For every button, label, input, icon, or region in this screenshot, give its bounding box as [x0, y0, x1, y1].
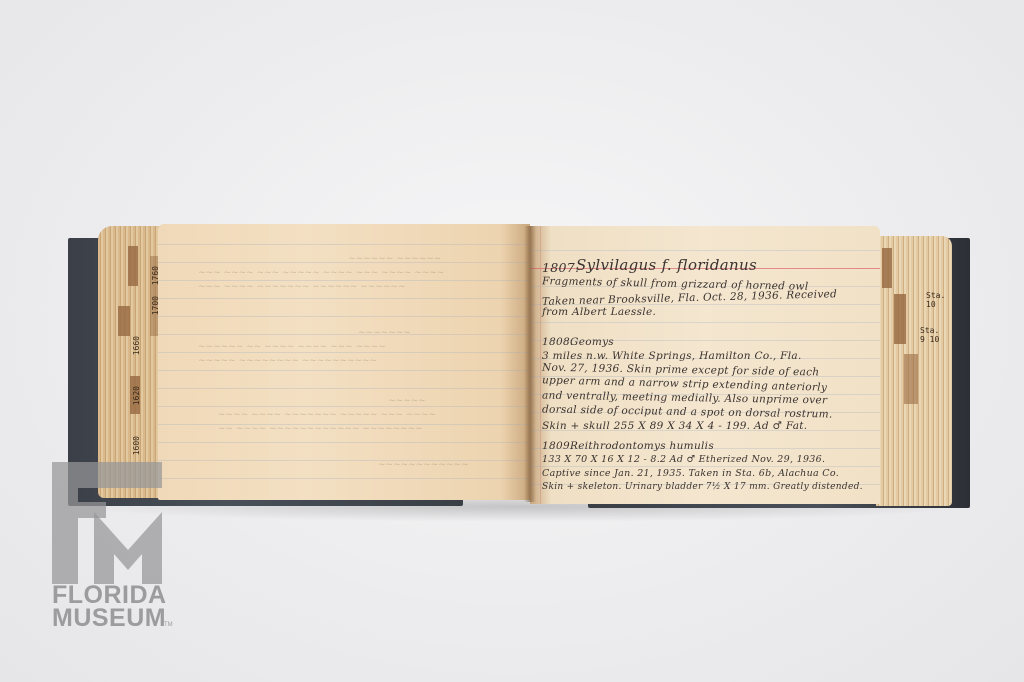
- bleed-through-text: ~~~~~~~~~~~~: [378, 460, 469, 470]
- entry-number: 1808.: [542, 336, 574, 348]
- bleed-through-text: ~~~~~~~: [358, 328, 411, 338]
- entry-species: Geomys: [570, 336, 614, 348]
- index-tab: [118, 306, 130, 336]
- entry-species: Reithrodontomys humulis: [570, 440, 714, 452]
- entry-line: from Albert Laessle.: [542, 306, 656, 318]
- trademark-symbol: TM: [164, 622, 173, 628]
- index-tab: [894, 294, 906, 344]
- tab-label: Sta. 10: [926, 291, 946, 309]
- index-tab: [904, 354, 918, 404]
- tab-label: Sta. 9 10: [920, 326, 940, 344]
- tab-label: 1600: [132, 436, 141, 455]
- bleed-through-text: ~~~ ~~~~ ~~~~~~~ ~~~~~~ ~~~~~~: [198, 282, 406, 292]
- index-tab: [882, 248, 892, 288]
- bleed-through-text: ~~~~~: [388, 396, 426, 406]
- entry-species: Sylvilagus f. floridanus: [576, 256, 757, 274]
- index-tab: [128, 246, 138, 286]
- entry-number: 1809.: [542, 440, 574, 452]
- entry-number: 1807.: [542, 260, 579, 275]
- left-page: ~~~~~~ ~~~~~~ ~~~ ~~~~ ~~~ ~~~~~ ~~~~ ~~…: [158, 224, 530, 500]
- entry-line: Skin + skull 255 X 89 X 34 X 4 - 199. Ad…: [542, 420, 807, 432]
- entry-line: 133 X 70 X 16 X 12 - 8.2 Ad ♂ Etherized …: [542, 454, 825, 465]
- left-page-edges: 1760 1700 1660 1620 1600: [98, 226, 166, 498]
- bleed-through-text: ~~ ~~~~ ~~~~~~~~~~~~ ~~~~~~~~: [218, 424, 423, 434]
- bleed-through-text: ~~~~~~ ~~~~~~: [348, 254, 441, 264]
- entry-line: Captive since Jan. 21, 1935. Taken in St…: [542, 468, 839, 479]
- entry-line: Skin + skeleton. Urinary bladder 7½ X 17…: [542, 482, 863, 492]
- book-gutter: [524, 226, 536, 502]
- logo-text-museum: MUSEUM: [52, 606, 166, 631]
- tab-label: 1660: [132, 336, 141, 355]
- bleed-through-text: ~~~~~ ~~~~~~~~ ~~~~~~~~~~: [198, 356, 377, 366]
- entry-line: dorsal side of occiput and a spot on dor…: [542, 403, 833, 420]
- bleed-through-text: ~~~~ ~~~~ ~~~~~~~ ~~~~~ ~~~ ~~~~: [218, 410, 436, 420]
- right-page: 1807. Sylvilagus f. floridanus Fragments…: [530, 226, 880, 504]
- right-page-edges: Sta. 10 Sta. 9 10: [876, 236, 952, 506]
- bleed-through-text: ~~~ ~~~~ ~~~ ~~~~~ ~~~~ ~~~ ~~~~ ~~~~: [198, 268, 444, 278]
- tab-label: 1620: [132, 386, 141, 405]
- entry-line: 3 miles n.w. White Springs, Hamilton Co.…: [542, 350, 802, 362]
- bleed-through-text: ~~~~~~ ~~ ~~~~ ~~~~ ~~~ ~~~~: [198, 342, 386, 352]
